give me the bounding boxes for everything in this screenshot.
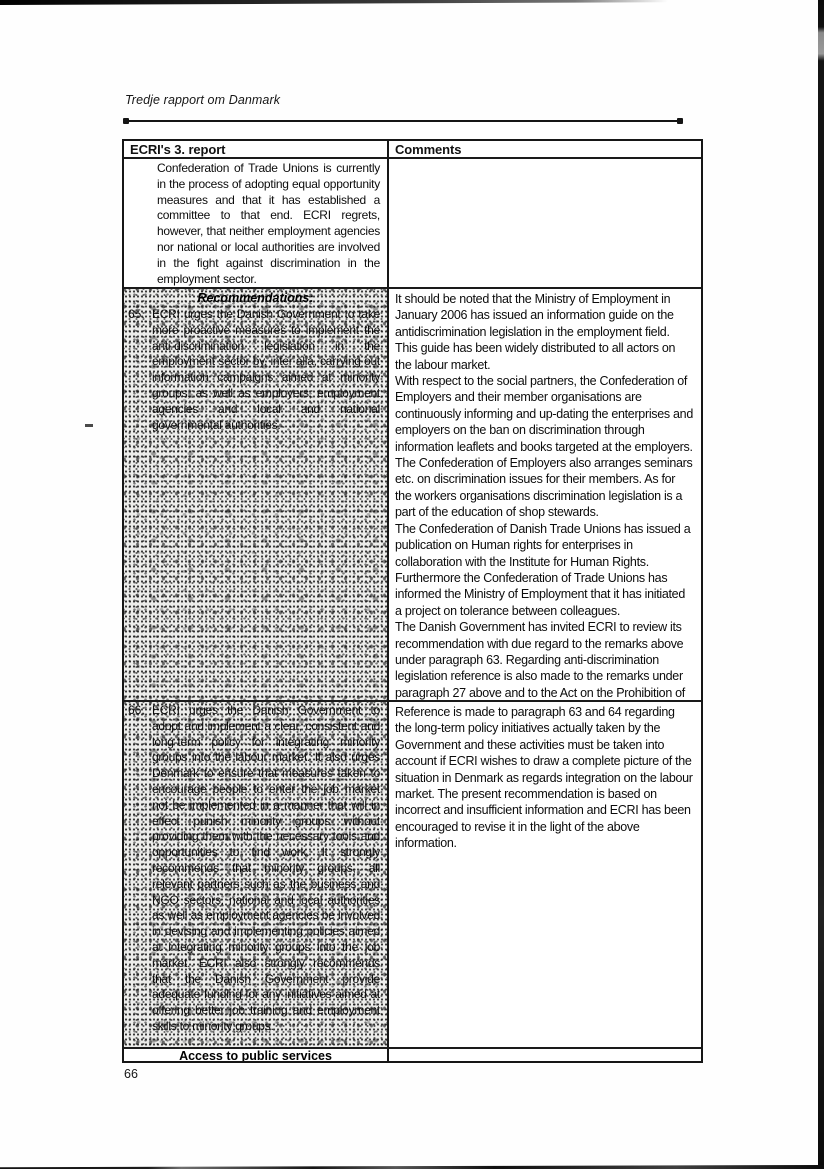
rule-endpoint-left: [123, 118, 129, 124]
section-title-comment-cell: [387, 1047, 701, 1061]
paragraph-65-number: 65.: [124, 307, 152, 323]
recommendation-65-cell: Recommendations: 65. ECRI urges the Dani…: [124, 287, 387, 700]
paragraph-65: 65. ECRI urges the Danish Government to …: [124, 306, 387, 433]
intro-comment-cell: [387, 157, 701, 287]
running-header: Tredje rapport om Danmark: [125, 93, 280, 107]
section-title: Access to public services: [124, 1049, 387, 1061]
intro-report-text: Confederation of Trade Unions is current…: [124, 159, 387, 287]
comment-66-cell: Reference is made to paragraph 63 and 64…: [387, 700, 701, 1047]
scan-artifact-margin-dash: [85, 424, 93, 427]
paragraph-65-text: ECRI urges the Danish Government to take…: [152, 307, 387, 433]
section-title-cell: Access to public services: [124, 1047, 387, 1061]
scanned-document-page: Tredje rapport om Danmark ECRI's 3. repo…: [0, 0, 824, 1169]
table-header-report: ECRI's 3. report: [124, 141, 387, 157]
scan-artifact-top-edge: [0, 0, 668, 5]
scan-artifact-right-edge: [818, 0, 824, 1169]
report-comments-table: ECRI's 3. report Comments Confederation …: [122, 139, 703, 1063]
recommendations-heading: Recommendations:: [124, 289, 387, 306]
comment-65-cell: It should be noted that the Ministry of …: [387, 287, 701, 700]
header-rule: [125, 120, 681, 122]
table-header-comments: Comments: [387, 141, 701, 157]
rule-endpoint-right: [677, 118, 683, 124]
paragraph-66-text: ECRI urges the Danish Government to adop…: [152, 703, 387, 1035]
scan-artifact-bottom-edge: [0, 1165, 824, 1169]
paragraph-66-number: 66.: [124, 703, 152, 719]
page-number: 66: [124, 1067, 138, 1081]
recommendation-66-cell: 66. ECRI urges the Danish Government to …: [124, 700, 387, 1047]
intro-report-cell: Confederation of Trade Unions is current…: [124, 157, 387, 287]
paragraph-66: 66. ECRI urges the Danish Government to …: [124, 702, 387, 1035]
